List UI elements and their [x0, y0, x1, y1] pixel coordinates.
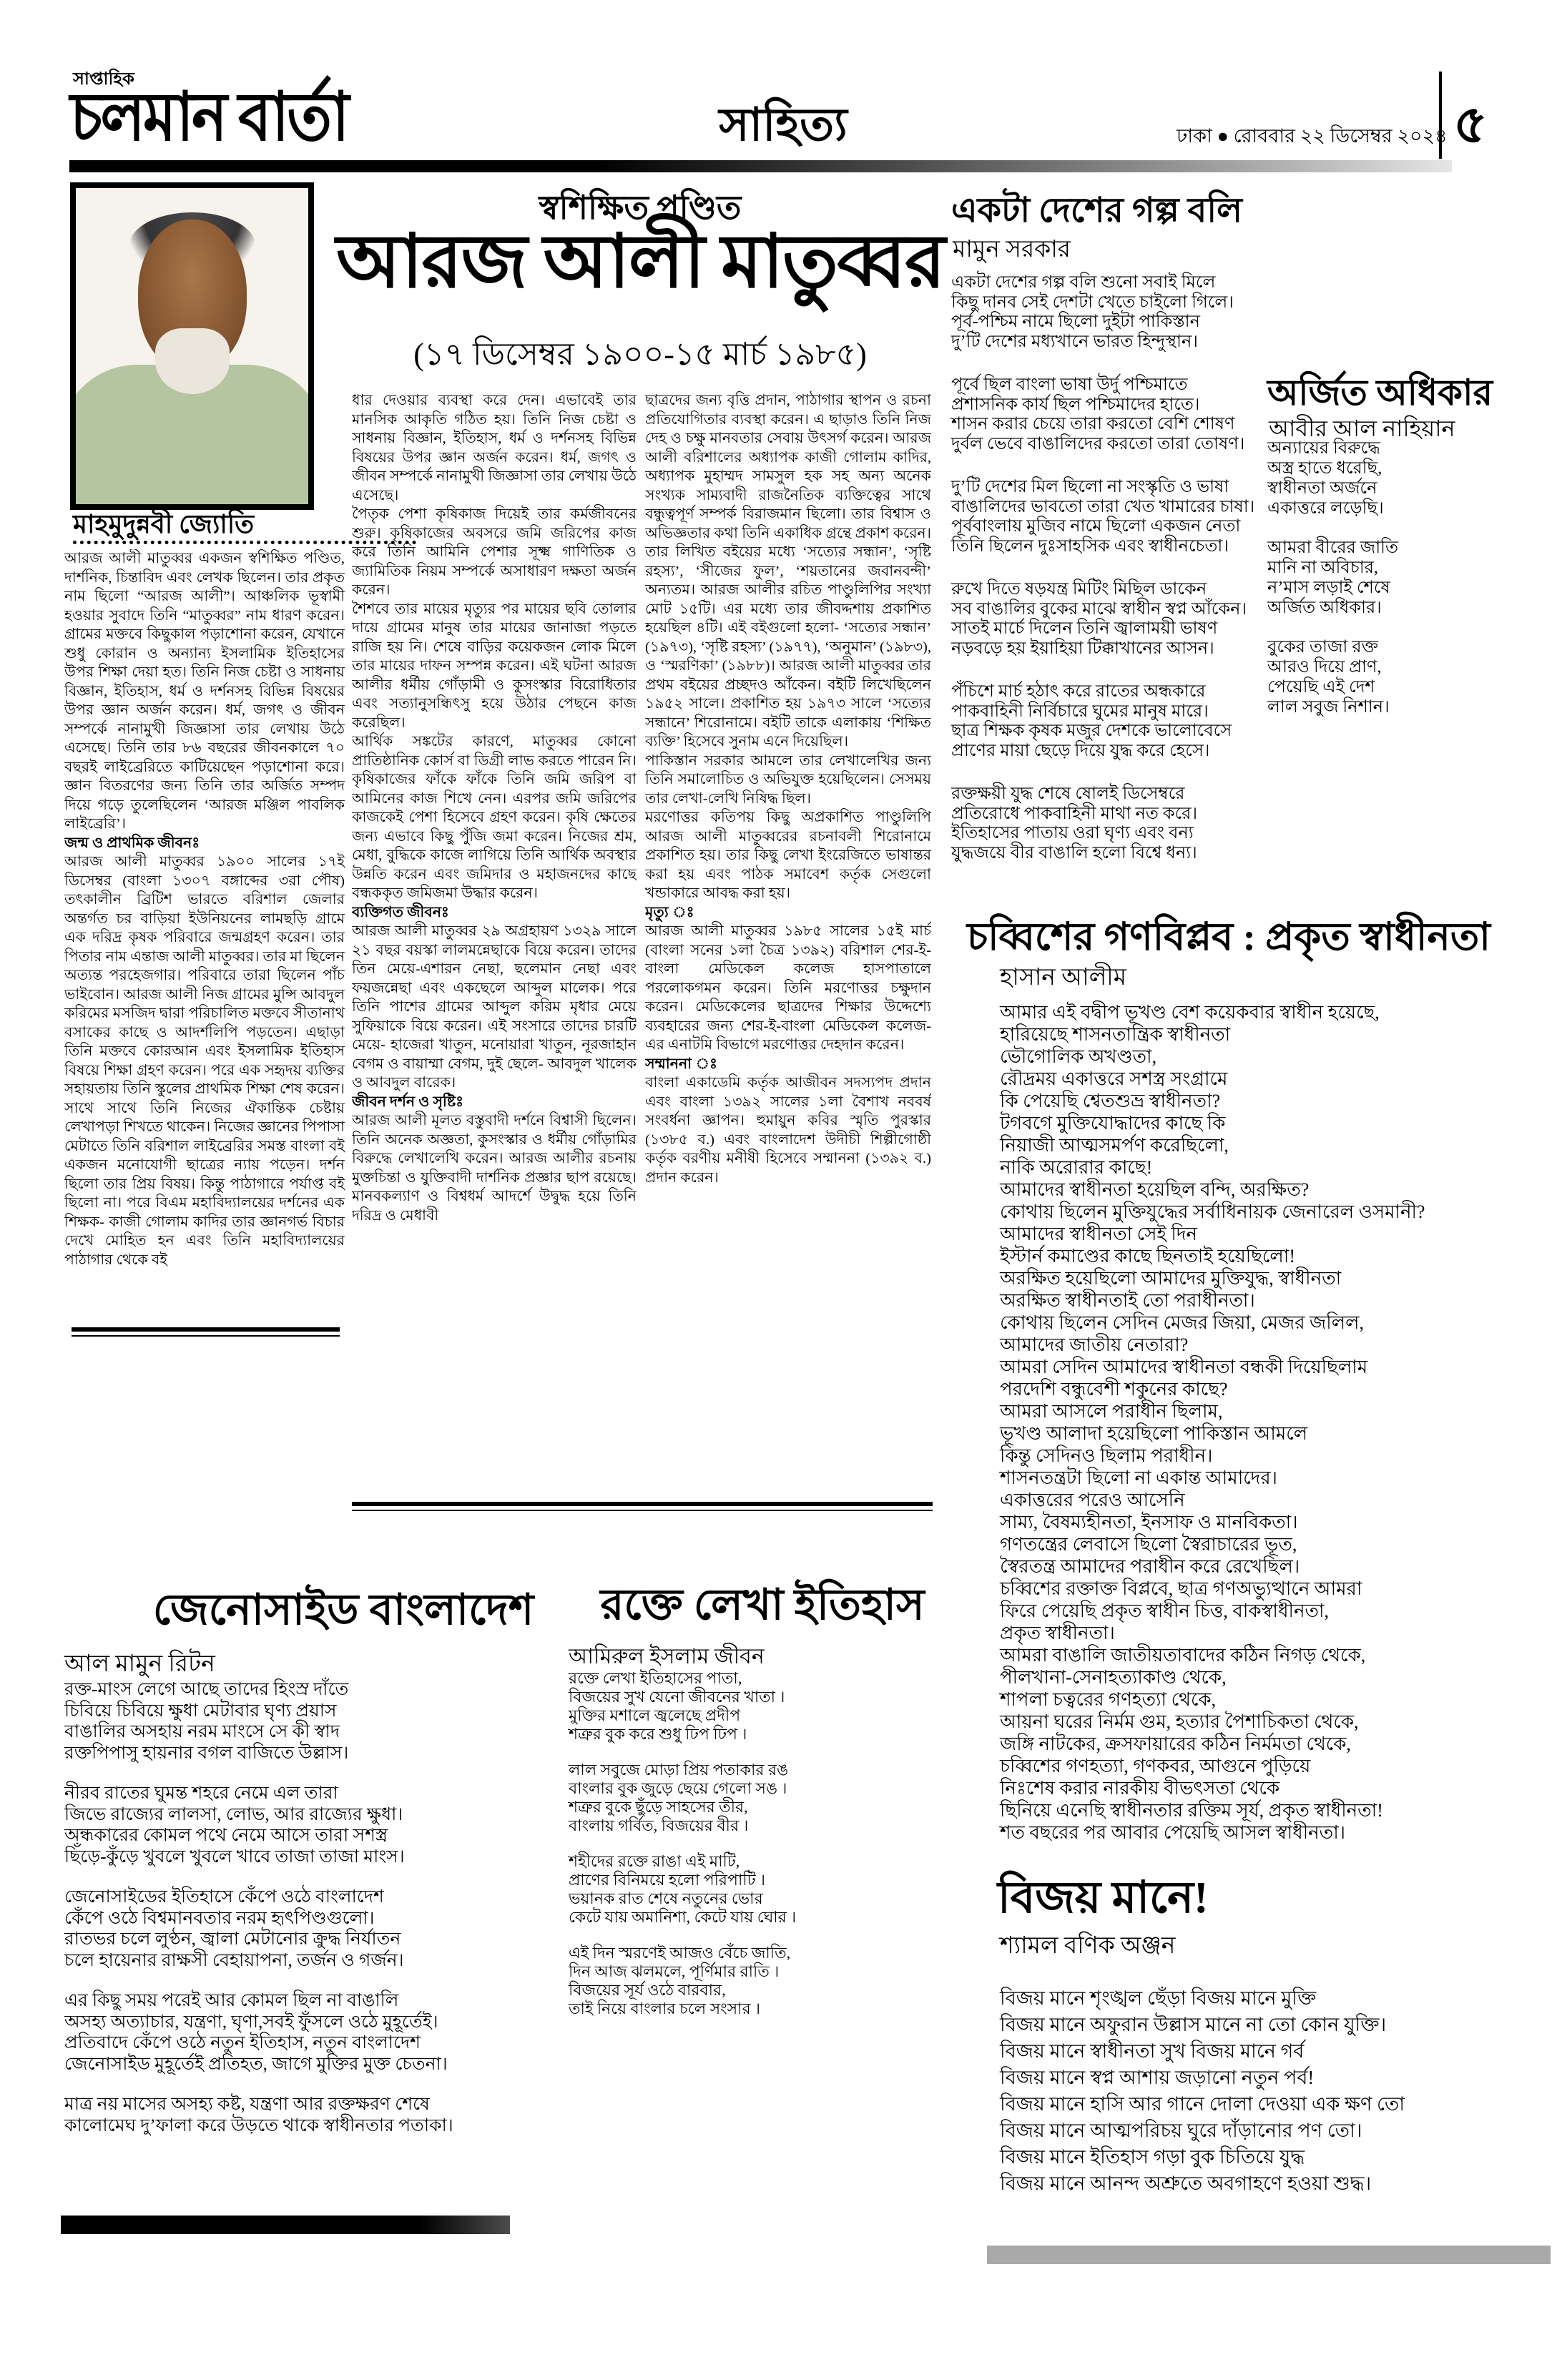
article-paragraph: ধার দেওয়ার ব্যবস্থা করে দেন। এভাবেই তার… — [352, 391, 637, 505]
poem-line: মুক্তির মশালে জ্বলেছে প্রদীপ — [569, 1706, 969, 1725]
bottom-gray-bar — [987, 2246, 1551, 2264]
poem-line: ছাত্র শিক্ষক কৃষক মজুর দেশকে ভালোবেসে — [951, 722, 1266, 742]
section-divider — [72, 1327, 340, 1337]
poem-stanza: পূর্বে ছিল বাংলা ভাষা উর্দু পশ্চিমাতেপ্র… — [951, 375, 1266, 454]
poem-line: পেয়েছি এই দেশ — [1267, 677, 1553, 697]
poem-line: একটা দেশের গল্প বলি শুনো সবাই মিলে — [951, 273, 1266, 293]
section-divider — [352, 1502, 933, 1511]
poem-stanza: এর কিছু সময় পরেই আর কোমল ছিল না বাঙালিঅ… — [64, 1990, 536, 2075]
poem-line: অন্ধকারের কোমল পথে নেমে আসে তারা সশস্ত্র — [64, 1825, 536, 1847]
poem-line: অসহ্য অত্যাচার, যন্ত্রণা, ঘৃণা,সবই ফুঁসল… — [64, 2012, 536, 2033]
poem-line: নিয়াজী আত্মসমর্পণ করেছিলো, — [1000, 1134, 1558, 1156]
poem-line: সাম্য, বৈষম্যহীনতা, ইনসাফ ও মানবিকতা। — [1000, 1511, 1558, 1533]
article-subhead: সম্মাননা ঃ — [645, 1055, 931, 1074]
poem-line: কিন্তু সেদিনও ছিলাম পরাধীন। — [1000, 1445, 1558, 1467]
poem-line: বাংলার বুক জুড়ে ছেয়ে গেলো সঙ । — [569, 1779, 969, 1798]
poem-line: বিজয় মানে হাসি আর গানে দোলা দেওয়া এক ক… — [1000, 2091, 1558, 2118]
poem-line: এর কিছু সময় পরেই আর কোমল ছিল না বাঙালি — [64, 1990, 536, 2012]
poem-line: জেনোসাইড মুহূর্তেই প্রতিহত, জাগে মুক্তির… — [64, 2054, 536, 2075]
poem-line: শাসনতন্ত্রটা ছিলো না একান্ত আমাদের। — [1000, 1467, 1558, 1489]
poem-line: বুকের তাজা রক্ত — [1267, 637, 1553, 657]
poem-country-author: মামুন সরকার — [953, 230, 1071, 270]
article-paragraph: আরজ আলী মাতুব্বর একজন স্বশিক্ষিত পণ্ডিত,… — [64, 549, 345, 834]
article-paragraph: বাংলা একাডেমি কর্তৃক আজীবন সদস্যপদ প্রদা… — [645, 1073, 931, 1187]
poem-line: লাল সবুজে মোড়া প্রিয় পতাকার রঙ — [569, 1761, 969, 1779]
poem-stanza: শহীদের রক্তে রাঙা এই মাটি,প্রাণের বিনিময… — [569, 1852, 969, 1927]
poem-line: আমরা সেদিন আমাদের স্বাধীনতা বন্ধকী দিয়ে… — [1000, 1356, 1558, 1378]
article-paragraph: ছাত্রদের জন্য বৃত্তি প্রদান, পাঠাগার স্থ… — [645, 391, 931, 752]
poem-line: বাঙালির অসহায় নরম মাংসে সে কী স্বাদ — [64, 1721, 536, 1743]
poem-stanza: রুখে দিতে ষড়যন্ত্র মিটিং মিছিল ডাকেনসব … — [951, 580, 1266, 659]
poem-stanza: লাল সবুজে মোড়া প্রিয় পতাকার রঙবাংলার ব… — [569, 1761, 969, 1835]
poem-stanza: বিজয় মানে শৃংঙ্খল ছেঁড়া বিজয় মানে মুক… — [1000, 1985, 1558, 2197]
poem-line: আরও দিয়ে প্রাণ, — [1267, 657, 1553, 677]
poem-line: অন্যায়ের বিরুদ্ধে — [1267, 438, 1553, 458]
poem-genocide-title: জেনোসাইড বাংলাদেশ — [61, 1577, 626, 1648]
poem-line: আমাদের স্বাধীনতা হয়েছিল বন্দি, অরক্ষিত? — [1000, 1179, 1558, 1201]
poem-line: একাত্তরে লড়েছি। — [1267, 498, 1553, 518]
poem-line: পরদেশি বন্ধুবেশী শকুনের কাছে? — [1000, 1378, 1558, 1400]
article-subhead: জীবন দর্শন ও সৃষ্টিঃ — [352, 1093, 637, 1112]
poem-line: বাংলায় গর্বিত, বিজয়ের বীর । — [569, 1816, 969, 1835]
poem-line: নিঃশেষ করার নারকীয় বীভৎসতা থেকে — [1000, 1777, 1558, 1799]
poem-line: মানি না অবিচার, — [1267, 558, 1553, 578]
poem-line: শাপলা চত্বরের গণহত্যা থেকে, — [1000, 1688, 1558, 1711]
poem-line: ইস্টার্ন কমাণ্ডের কাছে ছিনতাই হয়েছিলো! — [1000, 1245, 1558, 1267]
poem-line: কেটে যায় অমানিশা, কেটে যায় ঘোর । — [569, 1908, 969, 1927]
feature-headline: আরজ আলী মাতুব্বর — [329, 223, 951, 301]
poem-stanza: পঁচিশে মার্চ হঠাৎ করে রাতের অন্ধকারেপাকব… — [951, 682, 1266, 761]
poem-line: কালোমেঘ দু’ফালা করে উড়তে থাকে স্বাধীনতা… — [64, 2115, 536, 2137]
poem-line: অস্ত্র হাতে ধরেছি, — [1267, 458, 1553, 478]
poem-line: বিজয় মানে আনন্দ অশ্রুতে অবগাহণে হওয়া শ… — [1000, 2170, 1558, 2197]
poem-line: রক্তে লেখা ইতিহাসের পাতা, — [569, 1669, 969, 1688]
poem-line: রৌদ্রময় একাত্তরে সশস্ত্র সংগ্রামে — [1000, 1068, 1558, 1090]
poem-line: রাতভর চলে লুণ্ঠন, জ্বালা মেটানোর ক্রুদ্ধ… — [64, 1929, 536, 1950]
poem-line: আমরা বীরের জাতি — [1267, 538, 1553, 558]
poem-line: দিন আজ ঝলমলে, পূর্ণিমার রাতি । — [569, 1962, 969, 1981]
poem-line: বিজয় মানে ইতিহাস গড়া বুক চিতিয়ে যুদ্ধ — [1000, 2144, 1558, 2170]
poem-stanza: এই দিন স্মরণেই আজও বেঁচে জাতি,দিন আজ ঝলম… — [569, 1944, 969, 2018]
poem-line: ন’মাস লড়াই শেষে — [1267, 578, 1553, 598]
poem-line: লাল সবুজ নিশান। — [1267, 697, 1553, 717]
masthead-gradient-bar — [69, 160, 1452, 172]
poem-line: জিভে রাজ্যের লালসা, লোভ, আর রাজ্যের ক্ষু… — [64, 1804, 536, 1826]
feature-column-3: ছাত্রদের জন্য বৃত্তি প্রদান, পাঠাগার স্থ… — [645, 391, 931, 1498]
poem-line: রুখে দিতে ষড়যন্ত্র মিটিং মিছিল ডাকেন — [951, 580, 1266, 600]
poem-history-title: রক্তে লেখা ইতিহাস — [565, 1572, 960, 1643]
poem-line: প্রাণের বিনিময়ে হলো পরিপাটি । — [569, 1871, 969, 1889]
poem-line: শত বছরের পর আবার পেয়েছি আসল স্বাধীনতা। — [1000, 1821, 1558, 1844]
article-paragraph: আরজ আলী মাতুব্বর ২৯ অগ্রহায়ণ ১৩২৯ সালে … — [352, 922, 637, 1093]
poem-history-body: রক্তে লেখা ইতিহাসের পাতা,বিজয়ের সুখ যেন… — [569, 1669, 969, 2018]
poem-line: শহীদের রক্তে রাঙা এই মাটি, — [569, 1852, 969, 1871]
poem-stanza: আমরা বীরের জাতিমানি না অবিচার,ন’মাস লড়া… — [1267, 538, 1553, 618]
poem-line: পূর্ব-পশ্চিম নামে ছিলো দুইটা পাকিস্তান — [951, 313, 1266, 333]
article-paragraph: পাকিস্তান সরকার আমলে তার লেখালেখির জন্য … — [645, 752, 931, 809]
poem-victory-body: বিজয় মানে শৃংঙ্খল ছেঁড়া বিজয় মানে মুক… — [1000, 1985, 1558, 2197]
poem-line: ভয়ানক রাত শেষে নতুনের ভোর — [569, 1889, 969, 1908]
poem-line: প্রাণের মায়া ছেড়ে দিয়ে যুদ্ধ করে হেসে… — [951, 742, 1266, 762]
poem-line: বিজয়ের সূর্য ওঠে বারবার, — [569, 1981, 969, 2000]
poem-stanza: মাত্র নয় মাসের অসহ্য কষ্ট, যন্ত্রণা আর … — [64, 2094, 536, 2136]
poem-genocide-body: রক্ত-মাংস লেগে আছে তাদের হিংস্র দাঁতেচিব… — [64, 1679, 536, 2136]
article-paragraph: পৈতৃক পেশা কৃষিকাজ দিয়েই তার কর্মজীবনের… — [352, 505, 637, 600]
feature-column-1: আরজ আলী মাতুব্বর একজন স্বশিক্ষিত পণ্ডিত,… — [64, 549, 345, 1323]
poem-line: চলে হায়েনার রাক্ষসী বেহায়াপনা, তর্জন ও… — [64, 1950, 536, 1972]
article-paragraph: আরজ আলী মূলত বস্তুবাদী দর্শনে বিশ্বাসী ছ… — [352, 1111, 637, 1225]
poem-line: আমাদের জাতীয় নেতারা? — [1000, 1334, 1558, 1356]
newspaper-page: সাপ্তাহিক চলমান বার্তা সাহিত্য ঢাকা ● রো… — [0, 0, 1562, 2380]
poem-rights-body: অন্যায়ের বিরুদ্ধেঅস্ত্র হাতে ধরেছি,স্বা… — [1267, 438, 1553, 717]
poem-line: দু’টি দেশের মধ্যখানে ভারত হিন্দুস্থান। — [951, 333, 1266, 353]
poem-line: এই দিন স্মরণেই আজও বেঁচে জাতি, — [569, 1944, 969, 1962]
article-subhead: জন্ম ও প্রাথমিক জীবনঃ — [64, 834, 345, 853]
poem-line: প্রতিরোধে পাকবাহিনী মাথা নত করে। — [951, 805, 1266, 825]
poem-line: অরক্ষিত হয়েছিলো আমাদের মুক্তিযুদ্ধ, স্ব… — [1000, 1267, 1558, 1289]
poem-line: টগবগে মুক্তিযোদ্ধাদের কাছে কি — [1000, 1112, 1558, 1134]
poem-line: জেনোসাইডের ইতিহাসে কেঁপে ওঠে বাংলাদেশ — [64, 1887, 536, 1908]
poem-line: তাই নিয়ে বাংলার চলে সংসার । — [569, 2000, 969, 2018]
poem-line: পঁচিশে মার্চ হঠাৎ করে রাতের অন্ধকারে — [951, 682, 1266, 702]
poem-line: ফিরে পেয়েছি প্রকৃত স্বাধীন চিত্ত, বাকস্… — [1000, 1600, 1558, 1622]
poem-line: পূর্বে ছিল বাংলা ভাষা উর্দু পশ্চিমাতে — [951, 375, 1266, 395]
poem-stanza: রক্ত-মাংস লেগে আছে তাদের হিংস্র দাঁতেচিব… — [64, 1679, 536, 1764]
poem-line: পীলখানা-সেনাহত্যাকাণ্ড থেকে, — [1000, 1666, 1558, 1688]
poem-line: বিজয় মানে অফুরান উল্লাস মানে না তো কোন … — [1000, 2012, 1558, 2038]
poem-stanza: নীরব রাতের ঘুমন্ত শহরে নেমে এল তারাজিভে … — [64, 1783, 536, 1867]
poem-line: বাঙালিদের ভাবতো তারা খেত খামারের চাষা। — [951, 498, 1266, 518]
article-paragraph: আরজ আলী মাতুব্বর ১৯০০ সালের ১৭ই ডিসেম্বর… — [64, 852, 345, 1269]
poem-line: প্রকৃত স্বাধীনতা। — [1000, 1622, 1558, 1644]
poem-stanza: রক্তক্ষয়ী যুদ্ধ শেষে ষোলই ডিসেম্বরেপ্রত… — [951, 785, 1266, 863]
poem-line: রক্ত-মাংস লেগে আছে তাদের হিংস্র দাঁতে — [64, 1679, 536, 1701]
feature-column-2: ধার দেওয়ার ব্যবস্থা করে দেন। এভাবেই তার… — [352, 391, 637, 1498]
poem-stanza: একটা দেশের গল্প বলি শুনো সবাই মিলেকিছু দ… — [951, 273, 1266, 352]
poem-line: ছিঁড়ে-কুঁড়ে খুবলে খুবলে খাবে তাজা তাজা… — [64, 1847, 536, 1868]
poem-line: বিজয় মানে স্বাধীনতা সুখ বিজয় মানে গর্ব — [1000, 2038, 1558, 2065]
poem-line: নাকি অরোরার কাছে! — [1000, 1156, 1558, 1179]
poem-line: বিজয়ের সুখ যেনো জীবনের খাতা । — [569, 1688, 969, 1706]
bottom-black-bar — [61, 2216, 510, 2234]
poem-revolution-author: হাসান আলীম — [1000, 958, 1126, 998]
poem-line: হারিয়েছে শাসনতান্ত্রিক স্বাধীনতা — [1000, 1023, 1558, 1046]
newspaper-logo: চলমান বার্তা — [70, 84, 348, 152]
poem-line: প্রতিবাদে কেঁপে ওঠে নতুন ইতিহাস, নতুন বা… — [64, 2032, 536, 2054]
poem-line: কোথায় ছিলেন সেদিন মেজর জিয়া, মেজর জলিল… — [1000, 1312, 1558, 1334]
poem-line: ছিনিয়ে এনেছি স্বাধীনতার রক্তিম সূর্য, প… — [1000, 1799, 1558, 1821]
poem-line: অরক্ষিত স্বাধীনতাই তো পরাধীনতা। — [1000, 1289, 1558, 1312]
article-paragraph: আরজ আলী মাতুব্বর ১৯৮৫ সালের ১৫ই মার্চ (ব… — [645, 922, 931, 1055]
article-subhead: মৃত্যু ঃ — [645, 903, 931, 923]
poem-line: যুদ্ধজয়ে বীর বাঙালি হলো বিশ্বে ধন্য। — [951, 844, 1266, 864]
poem-line: চিবিয়ে চিবিয়ে ক্ষুধা মেটাবার ঘৃণ্য প্র… — [64, 1701, 536, 1722]
poem-line: সব বাঙালির বুকের মাঝে স্বাধীন স্বপ্ন আঁক… — [951, 600, 1266, 620]
poem-line: নড়বড়ে হয় ইয়াহিয়া টিক্কাখানের আসন। — [951, 639, 1266, 659]
poem-victory-author: শ্যামল বণিক অঞ্জন — [1000, 1927, 1175, 1967]
feature-dates: (১৭ ডিসেম্বর ১৯০০-১৫ মার্চ ১৯৮৫) — [343, 330, 937, 383]
portrait-photo — [70, 182, 314, 510]
poem-line: ভৌগোলিক অখণ্ডতা, — [1000, 1046, 1558, 1068]
poem-line: ভূখণ্ড আলাদা হয়েছিলো পাকিস্তান আমলে — [1000, 1422, 1558, 1445]
poem-line: মাত্র নয় মাসের অসহ্য কষ্ট, যন্ত্রণা আর … — [64, 2094, 536, 2115]
poem-line: স্বৈরতন্ত্র আমাদের পরাধীন করে রেখেছিল। — [1000, 1555, 1558, 1578]
poem-line: পাকবাহিনী নির্বিচারে ঘুমের মানুষ মারে। — [951, 702, 1266, 722]
poem-line: জঙ্গি নাটকের, ক্রসফায়ারের কঠিন নির্মমতা… — [1000, 1733, 1558, 1755]
poem-line: সাতই মার্চে দিলেন তিনি জ্বালাময়ী ভাষণ — [951, 619, 1266, 639]
poem-line: বিজয় মানে আত্মপরিচয় ঘুরে দাঁড়ানোর পণ … — [1000, 2118, 1558, 2144]
poem-line: বিজয় মানে শৃংঙ্খল ছেঁড়া বিজয় মানে মুক… — [1000, 1985, 1558, 2012]
poem-stanza: আমার এই বদ্বীপ ভূখণ্ড বেশ কয়েকবার স্বাধ… — [1000, 1001, 1558, 1844]
portrait-beard — [155, 328, 230, 394]
poem-line: আমাদের স্বাধীনতা সেই দিন — [1000, 1223, 1558, 1245]
poem-line: স্বাধীনতা অর্জনে — [1267, 478, 1553, 498]
poem-line: চব্বিশের রক্তাক্ত বিপ্লবে, ছাত্র গণঅভ্যু… — [1000, 1578, 1558, 1600]
poem-stanza: রক্তে লেখা ইতিহাসের পাতা,বিজয়ের সুখ যেন… — [569, 1669, 969, 1744]
poem-country-body: একটা দেশের গল্প বলি শুনো সবাই মিলেকিছু দ… — [951, 273, 1266, 863]
poem-line: দু’টি দেশের মিল ছিলো না সংস্কৃতি ও ভাষা — [951, 478, 1266, 498]
dateline: ঢাকা ● রোববার ২২ ডিসেম্বর ২০২৪ — [1177, 122, 1448, 154]
page-number: ৫ — [1453, 84, 1488, 172]
poem-line: পূর্ববাংলায় মুজিব নামে ছিলো একজন নেতা — [951, 517, 1266, 537]
poem-line: শাসন করার চেয়ে তারা করতো বেশি শোষণ — [951, 415, 1266, 435]
article-subhead: ব্যক্তিগত জীবনঃ — [352, 903, 637, 923]
poem-line: আয়না ঘরের নির্মম গুম, হত্যার পৈশাচিকতা … — [1000, 1711, 1558, 1733]
poem-line: আমার এই বদ্বীপ ভূখণ্ড বেশ কয়েকবার স্বাধ… — [1000, 1001, 1558, 1023]
poem-stanza: অন্যায়ের বিরুদ্ধেঅস্ত্র হাতে ধরেছি,স্বা… — [1267, 438, 1553, 518]
poem-line: অর্জিত অধিকার। — [1267, 598, 1553, 618]
masthead-rule — [1439, 72, 1442, 159]
poem-line: একাত্তরের পরেও আসেনি — [1000, 1489, 1558, 1511]
poem-line: বিজয় মানে স্বপ্ন আশায় জড়ানো নতুন পর্ব… — [1000, 2065, 1558, 2091]
poem-line: তিনি ছিলেন দুঃসাহসিক এবং স্বাধীনচেতা। — [951, 537, 1266, 557]
poem-line: রক্তক্ষয়ী যুদ্ধ শেষে ষোলই ডিসেম্বরে — [951, 785, 1266, 805]
article-paragraph: আর্থিক সঙ্কটের কারণে, মাতুব্বর কোনো প্রা… — [352, 732, 637, 903]
poem-line: ইতিহাসের পাতায় ওরা ঘৃণ্য এবং বন্য — [951, 824, 1266, 844]
poem-line: শত্রুর বুক করে শুধু ঢিপ ঢিপ । — [569, 1725, 969, 1744]
article-paragraph: শৈশবে তার মায়ের মৃত্যুর পর মায়ের ছবি ত… — [352, 600, 637, 733]
poem-line: আমরা আসলে পরাধীন ছিলাম, — [1000, 1400, 1558, 1422]
poem-line: আমরা বাঙালি জাতীয়তাবাদের কঠিন নিগড় থেক… — [1000, 1644, 1558, 1666]
poem-line: কি পেয়েছি শ্বেতশুভ্র স্বাধীনতা? — [1000, 1090, 1558, 1112]
article-paragraph: মরণোত্তর কতিপয় কিছু অপ্রকাশিত পাণ্ডুলিপ… — [645, 808, 931, 903]
poem-line: কেঁপে ওঠে বিশ্বমানবতার নরম হৃৎপিণ্ডগুলো। — [64, 1908, 536, 1929]
section-title: সাহিত্য — [665, 90, 901, 167]
poem-line: দুর্বল ভেবে বাঙালিদের করতো তারা তোষণ। — [951, 435, 1266, 455]
poem-line: রক্তপিপাসু হায়নার বগল বাজিতে উল্লাস। — [64, 1743, 536, 1764]
poem-stanza: জেনোসাইডের ইতিহাসে কেঁপে ওঠে বাংলাদেশকেঁ… — [64, 1887, 536, 1971]
poem-revolution-body: আমার এই বদ্বীপ ভূখণ্ড বেশ কয়েকবার স্বাধ… — [1000, 1001, 1558, 1844]
poem-stanza: বুকের তাজা রক্তআরও দিয়ে প্রাণ,পেয়েছি এ… — [1267, 637, 1553, 717]
poem-line: প্রশাসনিক কার্য ছিল পশ্চিমাদের হাতে। — [951, 395, 1266, 415]
poem-line: কোথায় ছিলেন মুক্তিযুদ্ধের সর্বাধিনায়ক … — [1000, 1201, 1558, 1223]
poem-stanza: দু’টি দেশের মিল ছিলো না সংস্কৃতি ও ভাষাব… — [951, 478, 1266, 556]
poem-line: শত্রুর বুকে ছুঁড়ে সাহসের তীর, — [569, 1798, 969, 1816]
poem-line: নীরব রাতের ঘুমন্ত শহরে নেমে এল তারা — [64, 1783, 536, 1804]
poem-line: গণতন্ত্রের লেবাসে ছিলো স্বৈরাচারের ভূত, — [1000, 1533, 1558, 1555]
poem-line: চব্বিশের গণহত্যা, গণকবর, আগুনে পুড়িয়ে — [1000, 1755, 1558, 1777]
poem-line: কিছু দানব সেই দেশটা খেতে চাইলো গিলে। — [951, 293, 1266, 313]
